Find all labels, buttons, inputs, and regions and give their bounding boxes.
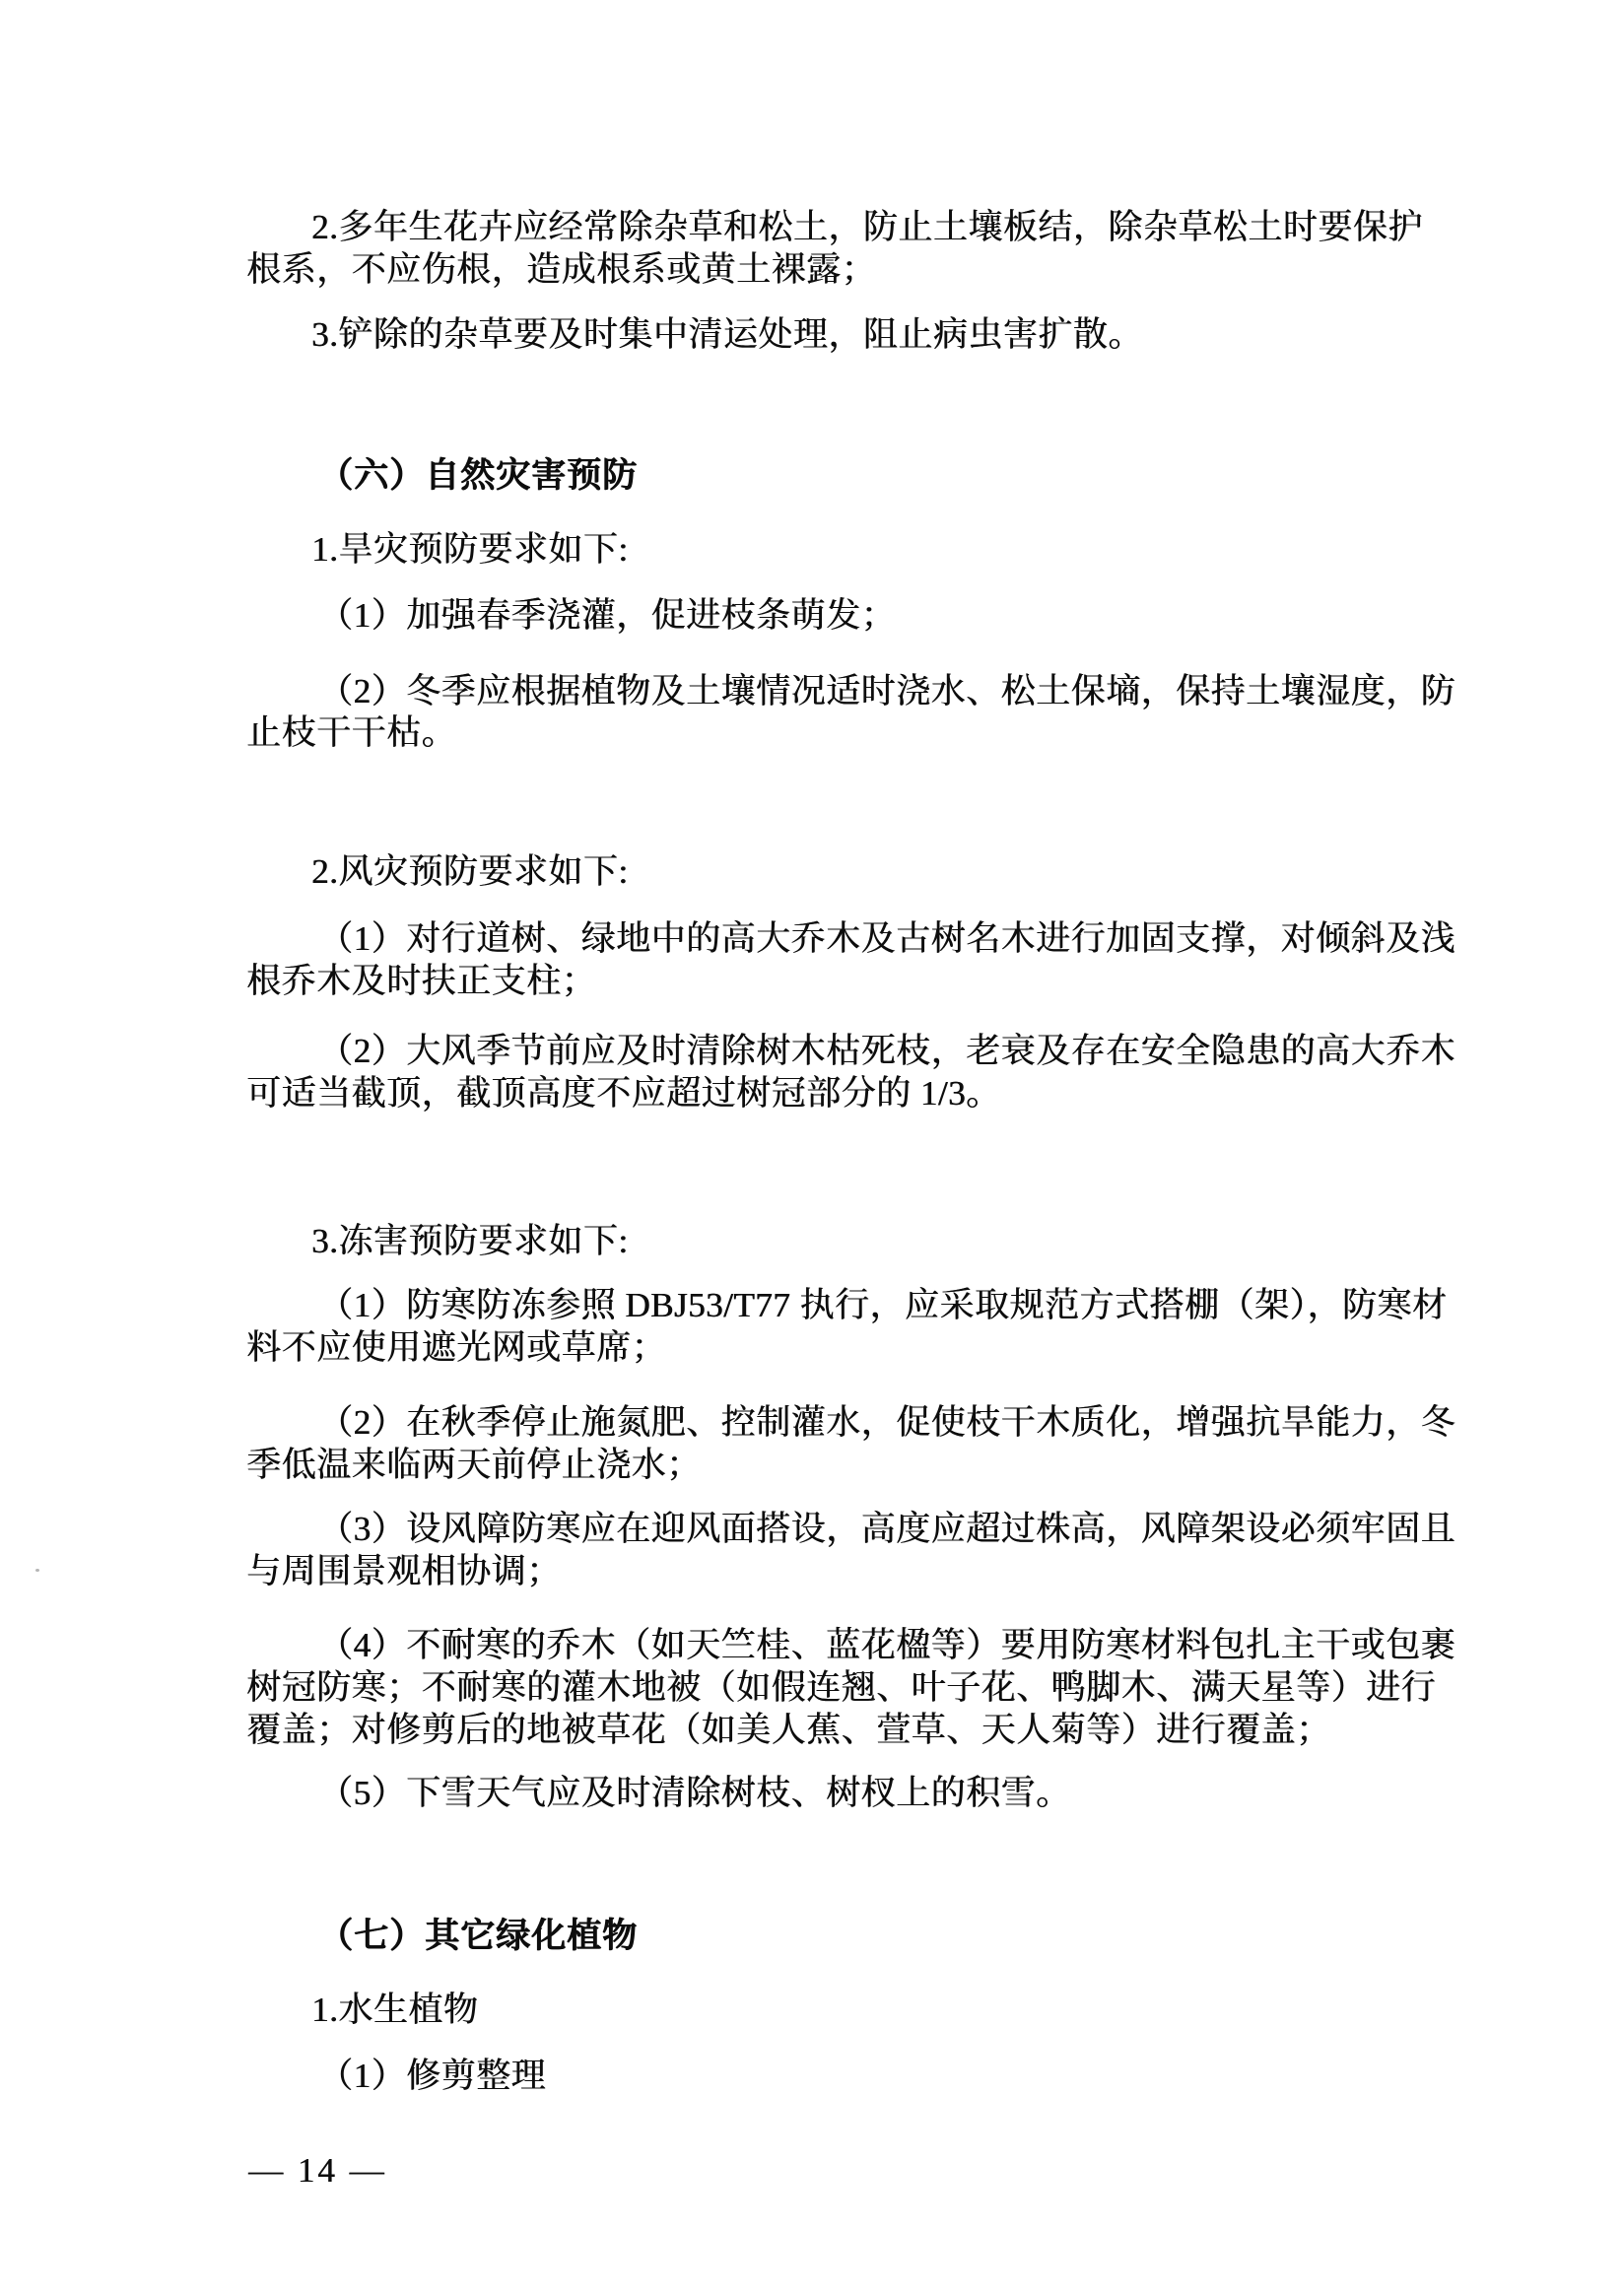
paragraph-line: 3.冻害预防要求如下: xyxy=(246,1220,628,1262)
paragraph-line: 2.多年生花卉应经常除杂草和松土，防止土壤板结，除杂草松土时要保护 xyxy=(246,206,1423,248)
paragraph-line: 根乔木及时扶正支柱； xyxy=(246,960,596,1002)
paragraph-line: 季低温来临两天前停止浇水； xyxy=(246,1444,702,1486)
paragraph-line: 2.风灾预防要求如下: xyxy=(246,850,628,893)
paragraph-line: 树冠防寒；不耐寒的灌木地被（如假连翘、叶子花、鸭脚木、满天星等）进行 xyxy=(246,1666,1436,1709)
paragraph-line: （5）下雪天气应及时清除树枝、树杈上的积雪。 xyxy=(246,1772,1071,1814)
paragraph-line: 3.铲除的杂草要及时集中清运处理，阻止病虫害扩散。 xyxy=(246,313,1143,356)
paragraph-line: 止枝干干枯。 xyxy=(246,711,456,754)
paragraph-line: 可适当截顶，截顶高度不应超过树冠部分的 1/3。 xyxy=(246,1072,1000,1114)
paragraph-line: 覆盖；对修剪后的地被草花（如美人蕉、萱草、天人菊等）进行覆盖； xyxy=(246,1709,1331,1751)
paragraph-line: （1）加强春季浇灌，促进枝条萌发； xyxy=(246,594,896,637)
page-number: — 14 — xyxy=(248,2151,387,2191)
paragraph-line: （1）修剪整理 xyxy=(246,2055,546,2097)
section-heading: （六）自然灾害预防 xyxy=(246,454,638,497)
document-page: 2.多年生花卉应经常除杂草和松土，防止土壤板结，除杂草松土时要保护 根系，不应伤… xyxy=(0,0,1624,2296)
section-heading: （七）其它绿化植物 xyxy=(246,1915,638,1957)
paragraph-line: （2）冬季应根据植物及土壤情况适时浇水、松土保墒，保持土壤湿度，防 xyxy=(246,670,1455,712)
paragraph-line: 根系，不应伤根，造成根系或黄土裸露； xyxy=(246,248,876,291)
paragraph-line: （1）防寒防冻参照 DBJ53/T77 执行，应采取规范方式搭棚（架），防寒材 xyxy=(246,1284,1447,1326)
paragraph-line: （2）在秋季停止施氮肥、控制灌水，促使枝干木质化，增强抗旱能力，冬 xyxy=(246,1401,1455,1444)
paragraph-line: 与周围景观相协调； xyxy=(246,1550,562,1592)
paragraph-line: （3）设风障防寒应在迎风面搭设，高度应超过株高，风障架设必须牢固且 xyxy=(246,1508,1455,1550)
paragraph-line: 料不应使用遮光网或草席； xyxy=(246,1326,666,1369)
paragraph-line: 1.旱灾预防要求如下: xyxy=(246,528,628,571)
scan-speck xyxy=(35,1569,39,1572)
paragraph-line: 1.水生植物 xyxy=(246,1989,478,2031)
paragraph-line: （1）对行道树、绿地中的高大乔木及古树名木进行加固支撑，对倾斜及浅 xyxy=(246,917,1455,960)
paragraph-line: （4）不耐寒的乔木（如天竺桂、蓝花楹等）要用防寒材料包扎主干或包裹 xyxy=(246,1624,1455,1666)
paragraph-line: （2）大风季节前应及时清除树木枯死枝，老衰及存在安全隐患的高大乔木 xyxy=(246,1030,1455,1072)
